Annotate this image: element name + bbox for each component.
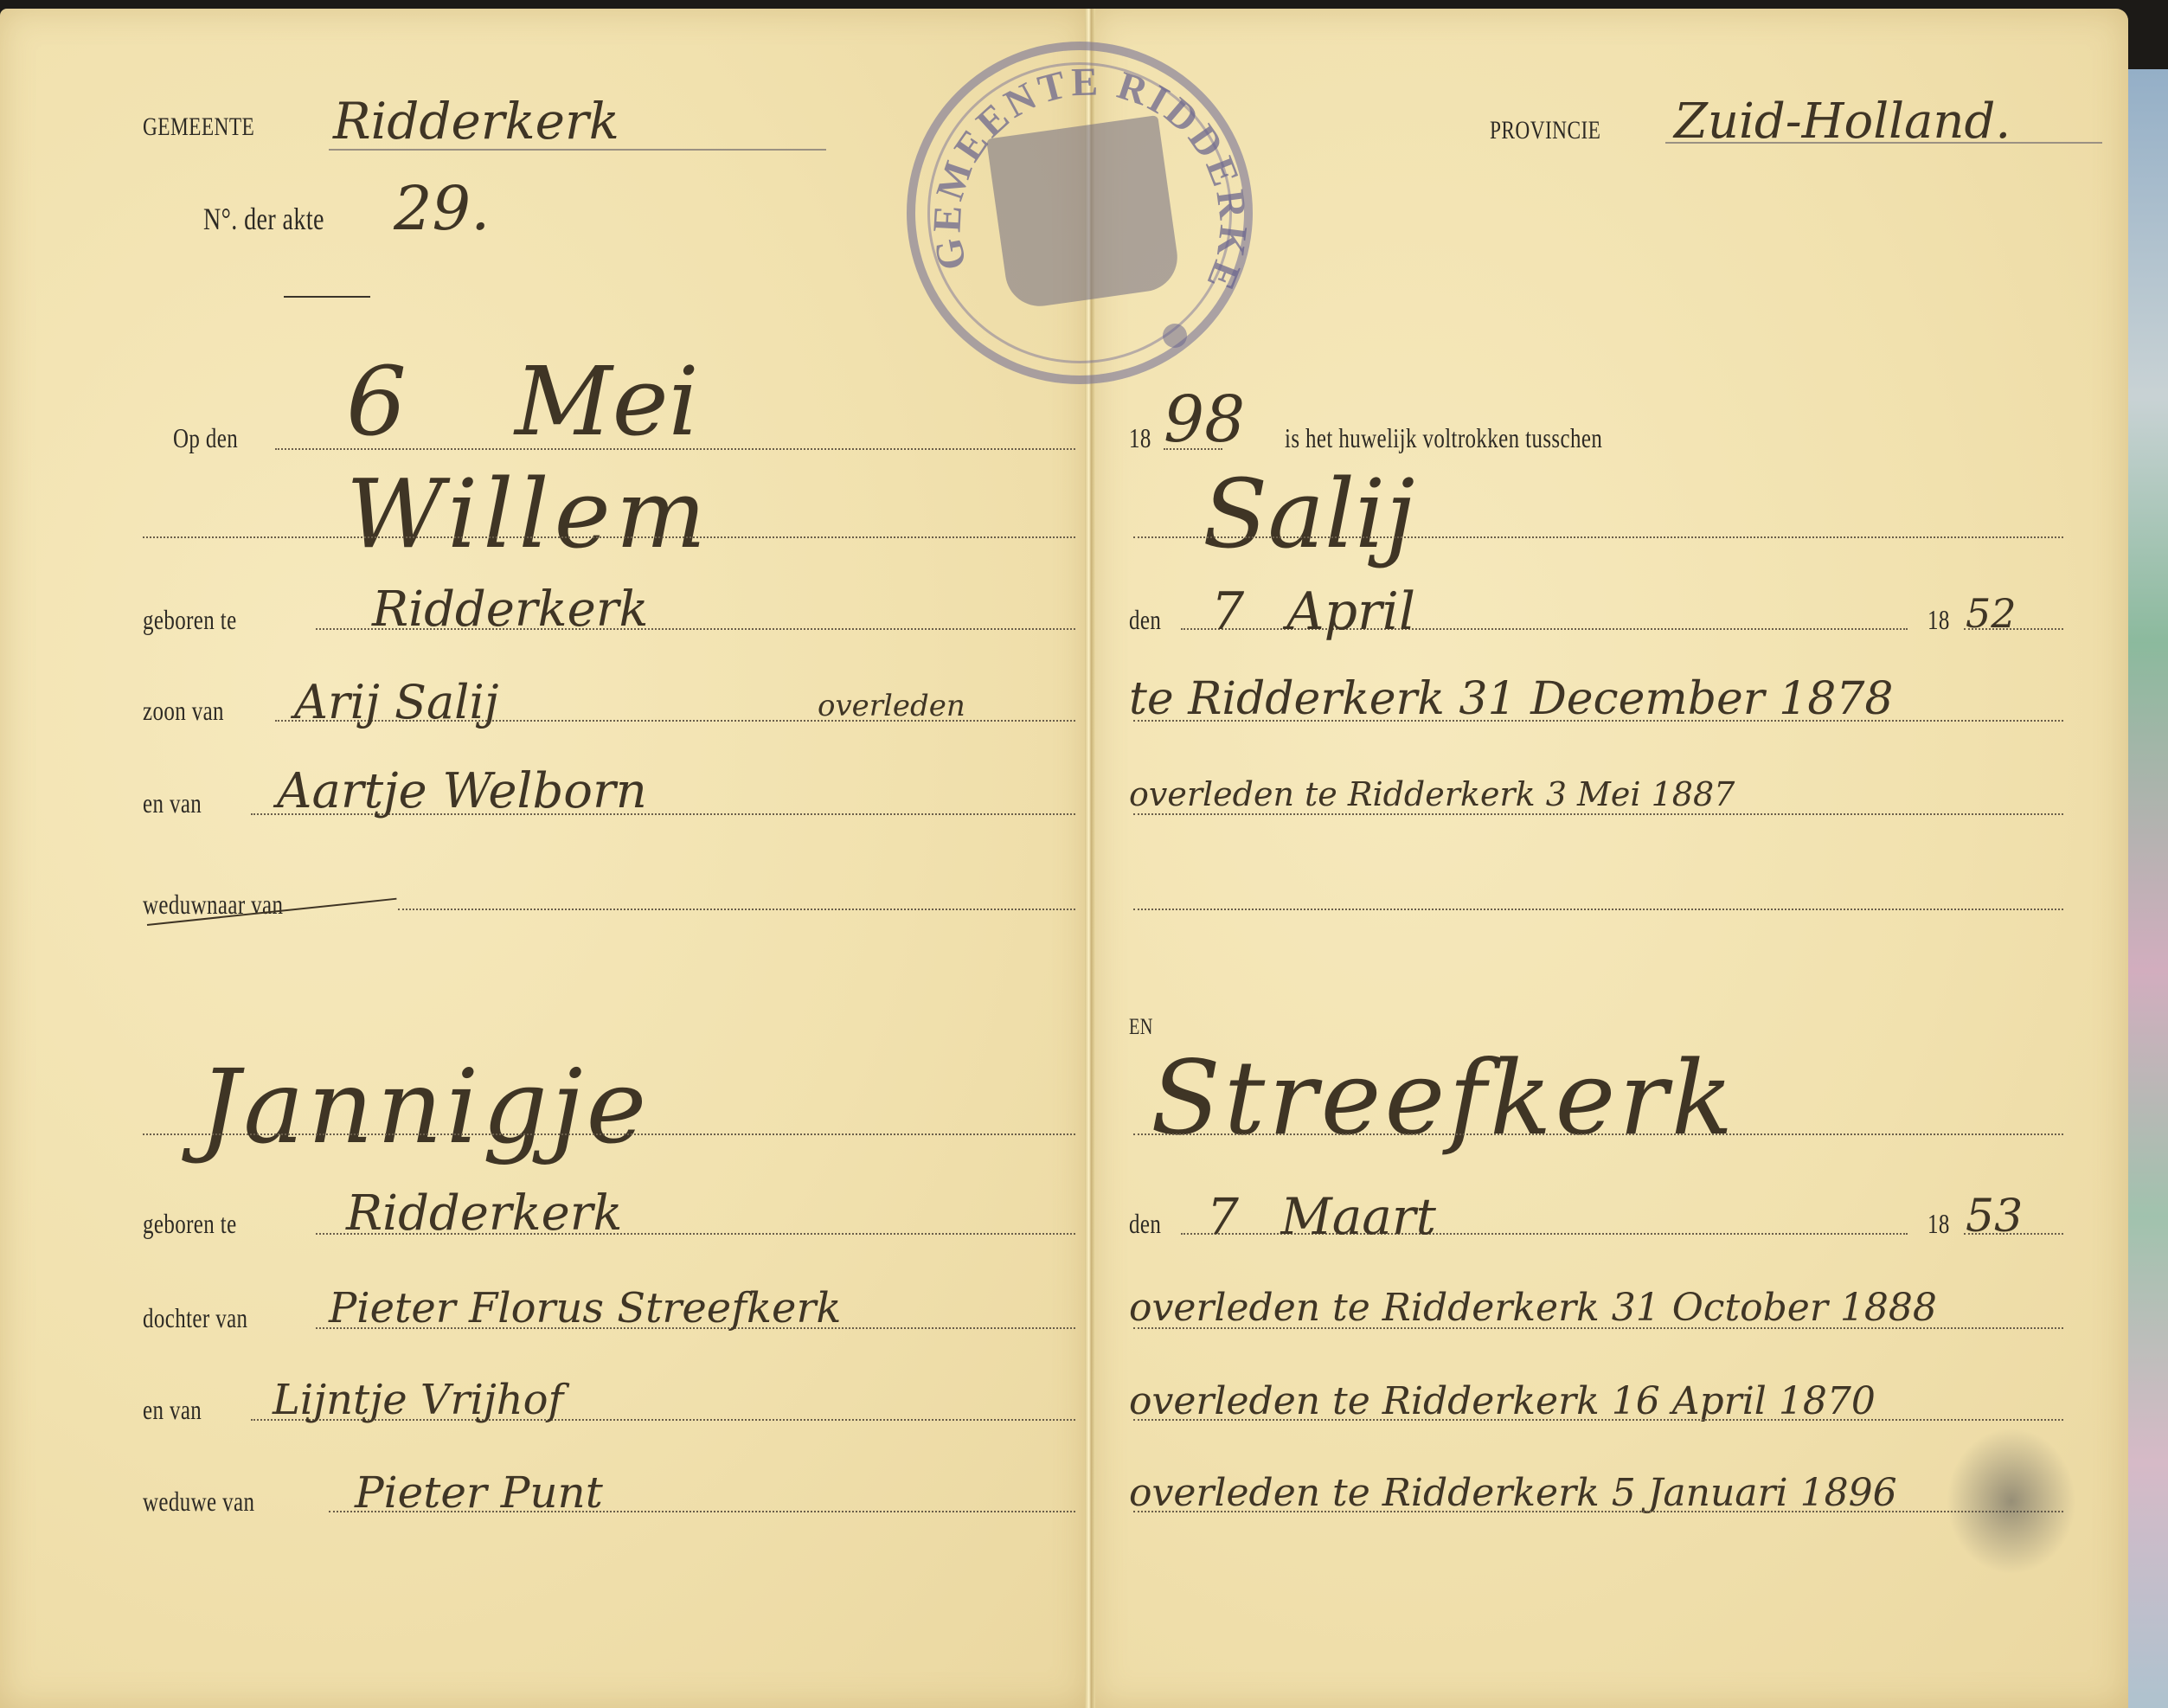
groom-born-label: geboren te bbox=[143, 604, 237, 636]
marriage-year-suffix: 98 bbox=[1164, 382, 1245, 457]
bride-born-year-suffix: 53 bbox=[1966, 1191, 2023, 1242]
akte-label: N°. der akte bbox=[203, 201, 324, 237]
bride-given-dotted-line bbox=[143, 1133, 1075, 1135]
groom-mother-death: overleden te Ridderkerk 3 Mei 1887 bbox=[1129, 775, 1735, 813]
groom-year-dotted-line bbox=[1964, 628, 2063, 630]
marriage-day-month: 6 Mei bbox=[346, 346, 699, 457]
groom-given-name: Willem bbox=[346, 459, 711, 569]
background-edge bbox=[2128, 69, 2168, 1708]
gemeente-underline bbox=[329, 149, 826, 151]
akte-value: 29. bbox=[394, 173, 490, 244]
year-dotted-line bbox=[1164, 448, 1222, 450]
bride-year-dotted-line bbox=[1964, 1233, 2063, 1235]
bride-mother-label: en van bbox=[143, 1394, 202, 1426]
groom-father-label: zoon van bbox=[143, 695, 224, 727]
bride-born-place: Ridderkerk bbox=[346, 1185, 622, 1242]
bride-born-year-prefix: 18 bbox=[1927, 1208, 1950, 1240]
bride-mother: Lijntje Vrijhof bbox=[273, 1376, 563, 1424]
bride-surname: Streefkerk bbox=[1151, 1038, 1736, 1158]
bride-father-label: dochter van bbox=[143, 1302, 247, 1334]
widow-label: weduwe van bbox=[143, 1486, 254, 1518]
widow-death-dotted-line bbox=[1133, 1511, 2063, 1512]
clover-icon bbox=[1163, 324, 1187, 348]
groom-father-note: overleden bbox=[818, 689, 965, 723]
bride-mother-death: overleden te Ridderkerk 16 April 1870 bbox=[1129, 1379, 1876, 1423]
groom-den-label: den bbox=[1129, 604, 1161, 636]
groom-father-death-dotted-line bbox=[1133, 720, 2063, 722]
bride-father-death: overleden te Ridderkerk 31 October 1888 bbox=[1129, 1286, 1937, 1330]
marriage-statement: is het huwelijk voltrokken tusschen bbox=[1285, 422, 1602, 454]
op-den-label: Op den bbox=[173, 422, 238, 454]
document-spread: GEMEENTE RIDDERKERK. GEMEENTE Ridderkerk… bbox=[0, 9, 2128, 1708]
widower-dotted-line bbox=[398, 909, 1075, 910]
municipal-stamp: GEMEENTE RIDDERKERK. bbox=[907, 42, 1253, 384]
ornament-divider bbox=[284, 296, 370, 298]
groom-surname: Salij bbox=[1203, 459, 1414, 569]
widower-label: weduwnaar van bbox=[143, 889, 283, 921]
groom-born-year-prefix: 18 bbox=[1927, 604, 1950, 636]
provincie-label: PROVINCIE bbox=[1490, 116, 1600, 145]
bride-surname-dotted-line bbox=[1133, 1133, 2063, 1135]
widow-death: overleden te Ridderkerk 5 Januari 1896 bbox=[1129, 1471, 1897, 1515]
marriage-year-prefix: 18 bbox=[1129, 422, 1151, 454]
svg-text:GEMEENTE RIDDERKERK.: GEMEENTE RIDDERKERK. bbox=[915, 50, 1256, 299]
en-label: EN bbox=[1129, 1014, 1153, 1040]
bride-mother-death-dotted-line bbox=[1133, 1419, 2063, 1421]
groom-mother-label: en van bbox=[143, 787, 202, 819]
bride-born-label: geboren te bbox=[143, 1208, 237, 1240]
groom-mother-death-dotted-line bbox=[1133, 813, 2063, 815]
provincie-underline bbox=[1665, 142, 2102, 144]
groom-mother: Aartje Welborn bbox=[277, 763, 647, 819]
groom-father-death: te Ridderkerk 31 December 1878 bbox=[1129, 673, 1894, 725]
gemeente-value: Ridderkerk bbox=[333, 92, 619, 151]
groom-father: Arij Salij bbox=[294, 675, 498, 729]
groom-given-dotted-line bbox=[143, 536, 1075, 538]
stamp-text: GEMEENTE RIDDERKERK. bbox=[915, 50, 1261, 393]
widow-value: Pieter Punt bbox=[355, 1467, 603, 1518]
ink-smudge bbox=[1947, 1428, 2076, 1575]
bride-given-name: Jannigje bbox=[199, 1047, 650, 1166]
bride-father: Pieter Florus Streefkerk bbox=[329, 1284, 841, 1332]
gemeente-label: GEMEENTE bbox=[143, 112, 254, 142]
groom-born-date: 7 April bbox=[1211, 581, 1415, 642]
groom-surname-dotted-line bbox=[1133, 536, 2063, 538]
bride-born-date: 7 Maart bbox=[1207, 1187, 1436, 1246]
right-blank-dotted-line bbox=[1133, 909, 2063, 910]
groom-born-place: Ridderkerk bbox=[372, 581, 648, 638]
bride-father-death-dotted-line bbox=[1133, 1327, 2063, 1329]
bride-den-label: den bbox=[1129, 1208, 1161, 1240]
